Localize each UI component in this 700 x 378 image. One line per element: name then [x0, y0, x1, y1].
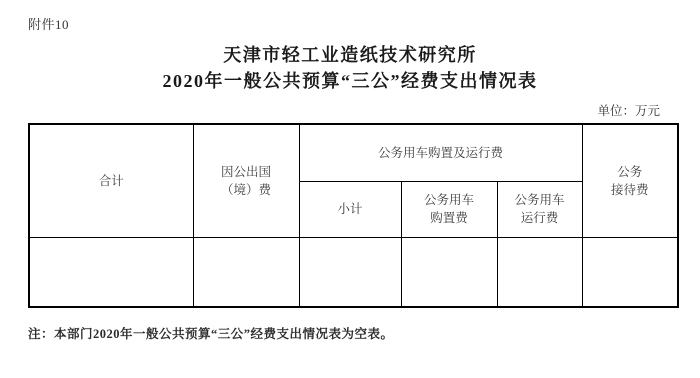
header-cell-vehicle-group: 公务用车购置及运行费 [299, 124, 582, 181]
empty-cell-vehicle-purchase [401, 237, 497, 307]
empty-cell-abroad [193, 237, 299, 307]
header-cell-vehicle-subtotal: 小计 [299, 181, 401, 237]
header-cell-reception: 公务 接待费 [582, 124, 678, 237]
empty-cell-vehicle-operation [497, 237, 582, 307]
empty-cell-reception [582, 237, 678, 307]
title-line-1: 天津市轻工业造纸技术研究所 [0, 42, 700, 68]
empty-cell-vehicle-subtotal [299, 237, 401, 307]
expense-table: 合计 因公出国 （境）费 公务用车购置及运行费 公务 接待费 小计 公务用车 购… [28, 123, 679, 308]
table-note: 注：本部门2020年一般公共预算“三公”经费支出情况表为空表。 [28, 324, 394, 342]
title-line-2: 2020年一般公共预算“三公”经费支出情况表 [0, 68, 700, 94]
attachment-label: 附件10 [28, 14, 69, 33]
empty-cell-total [29, 237, 193, 307]
header-cell-vehicle-operation: 公务用车 运行费 [497, 181, 582, 237]
table-row [29, 237, 678, 307]
document-title: 天津市轻工业造纸技术研究所 2020年一般公共预算“三公”经费支出情况表 [0, 42, 700, 94]
unit-label: 单位：万元 [597, 101, 660, 119]
header-cell-total: 合计 [29, 124, 193, 237]
document-page: 附件10 天津市轻工业造纸技术研究所 2020年一般公共预算“三公”经费支出情况… [0, 0, 700, 378]
header-cell-vehicle-purchase: 公务用车 购置费 [401, 181, 497, 237]
header-row-1: 合计 因公出国 （境）费 公务用车购置及运行费 公务 接待费 [29, 124, 678, 181]
header-cell-abroad: 因公出国 （境）费 [193, 124, 299, 237]
